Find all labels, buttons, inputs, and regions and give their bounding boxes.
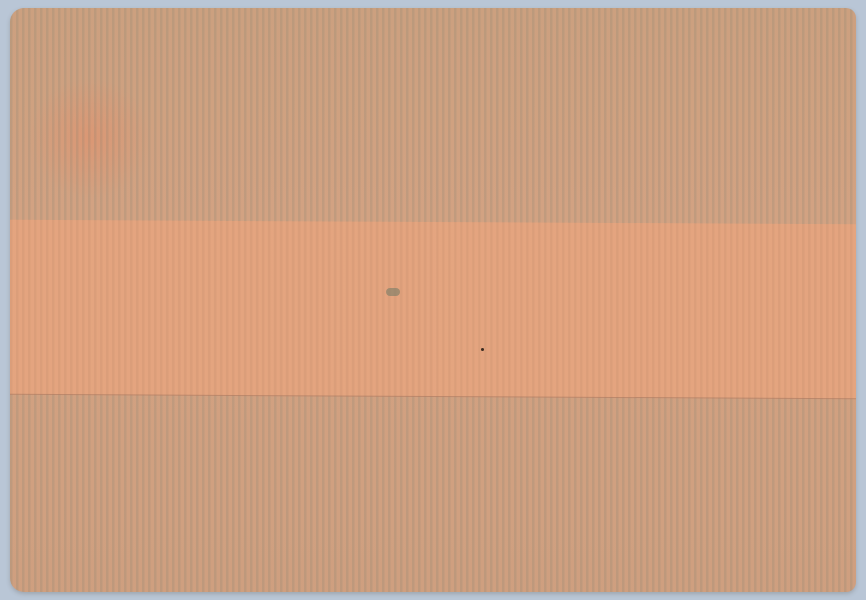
paper-band [10,220,856,399]
stain-mark [386,288,400,296]
speck [481,348,484,351]
